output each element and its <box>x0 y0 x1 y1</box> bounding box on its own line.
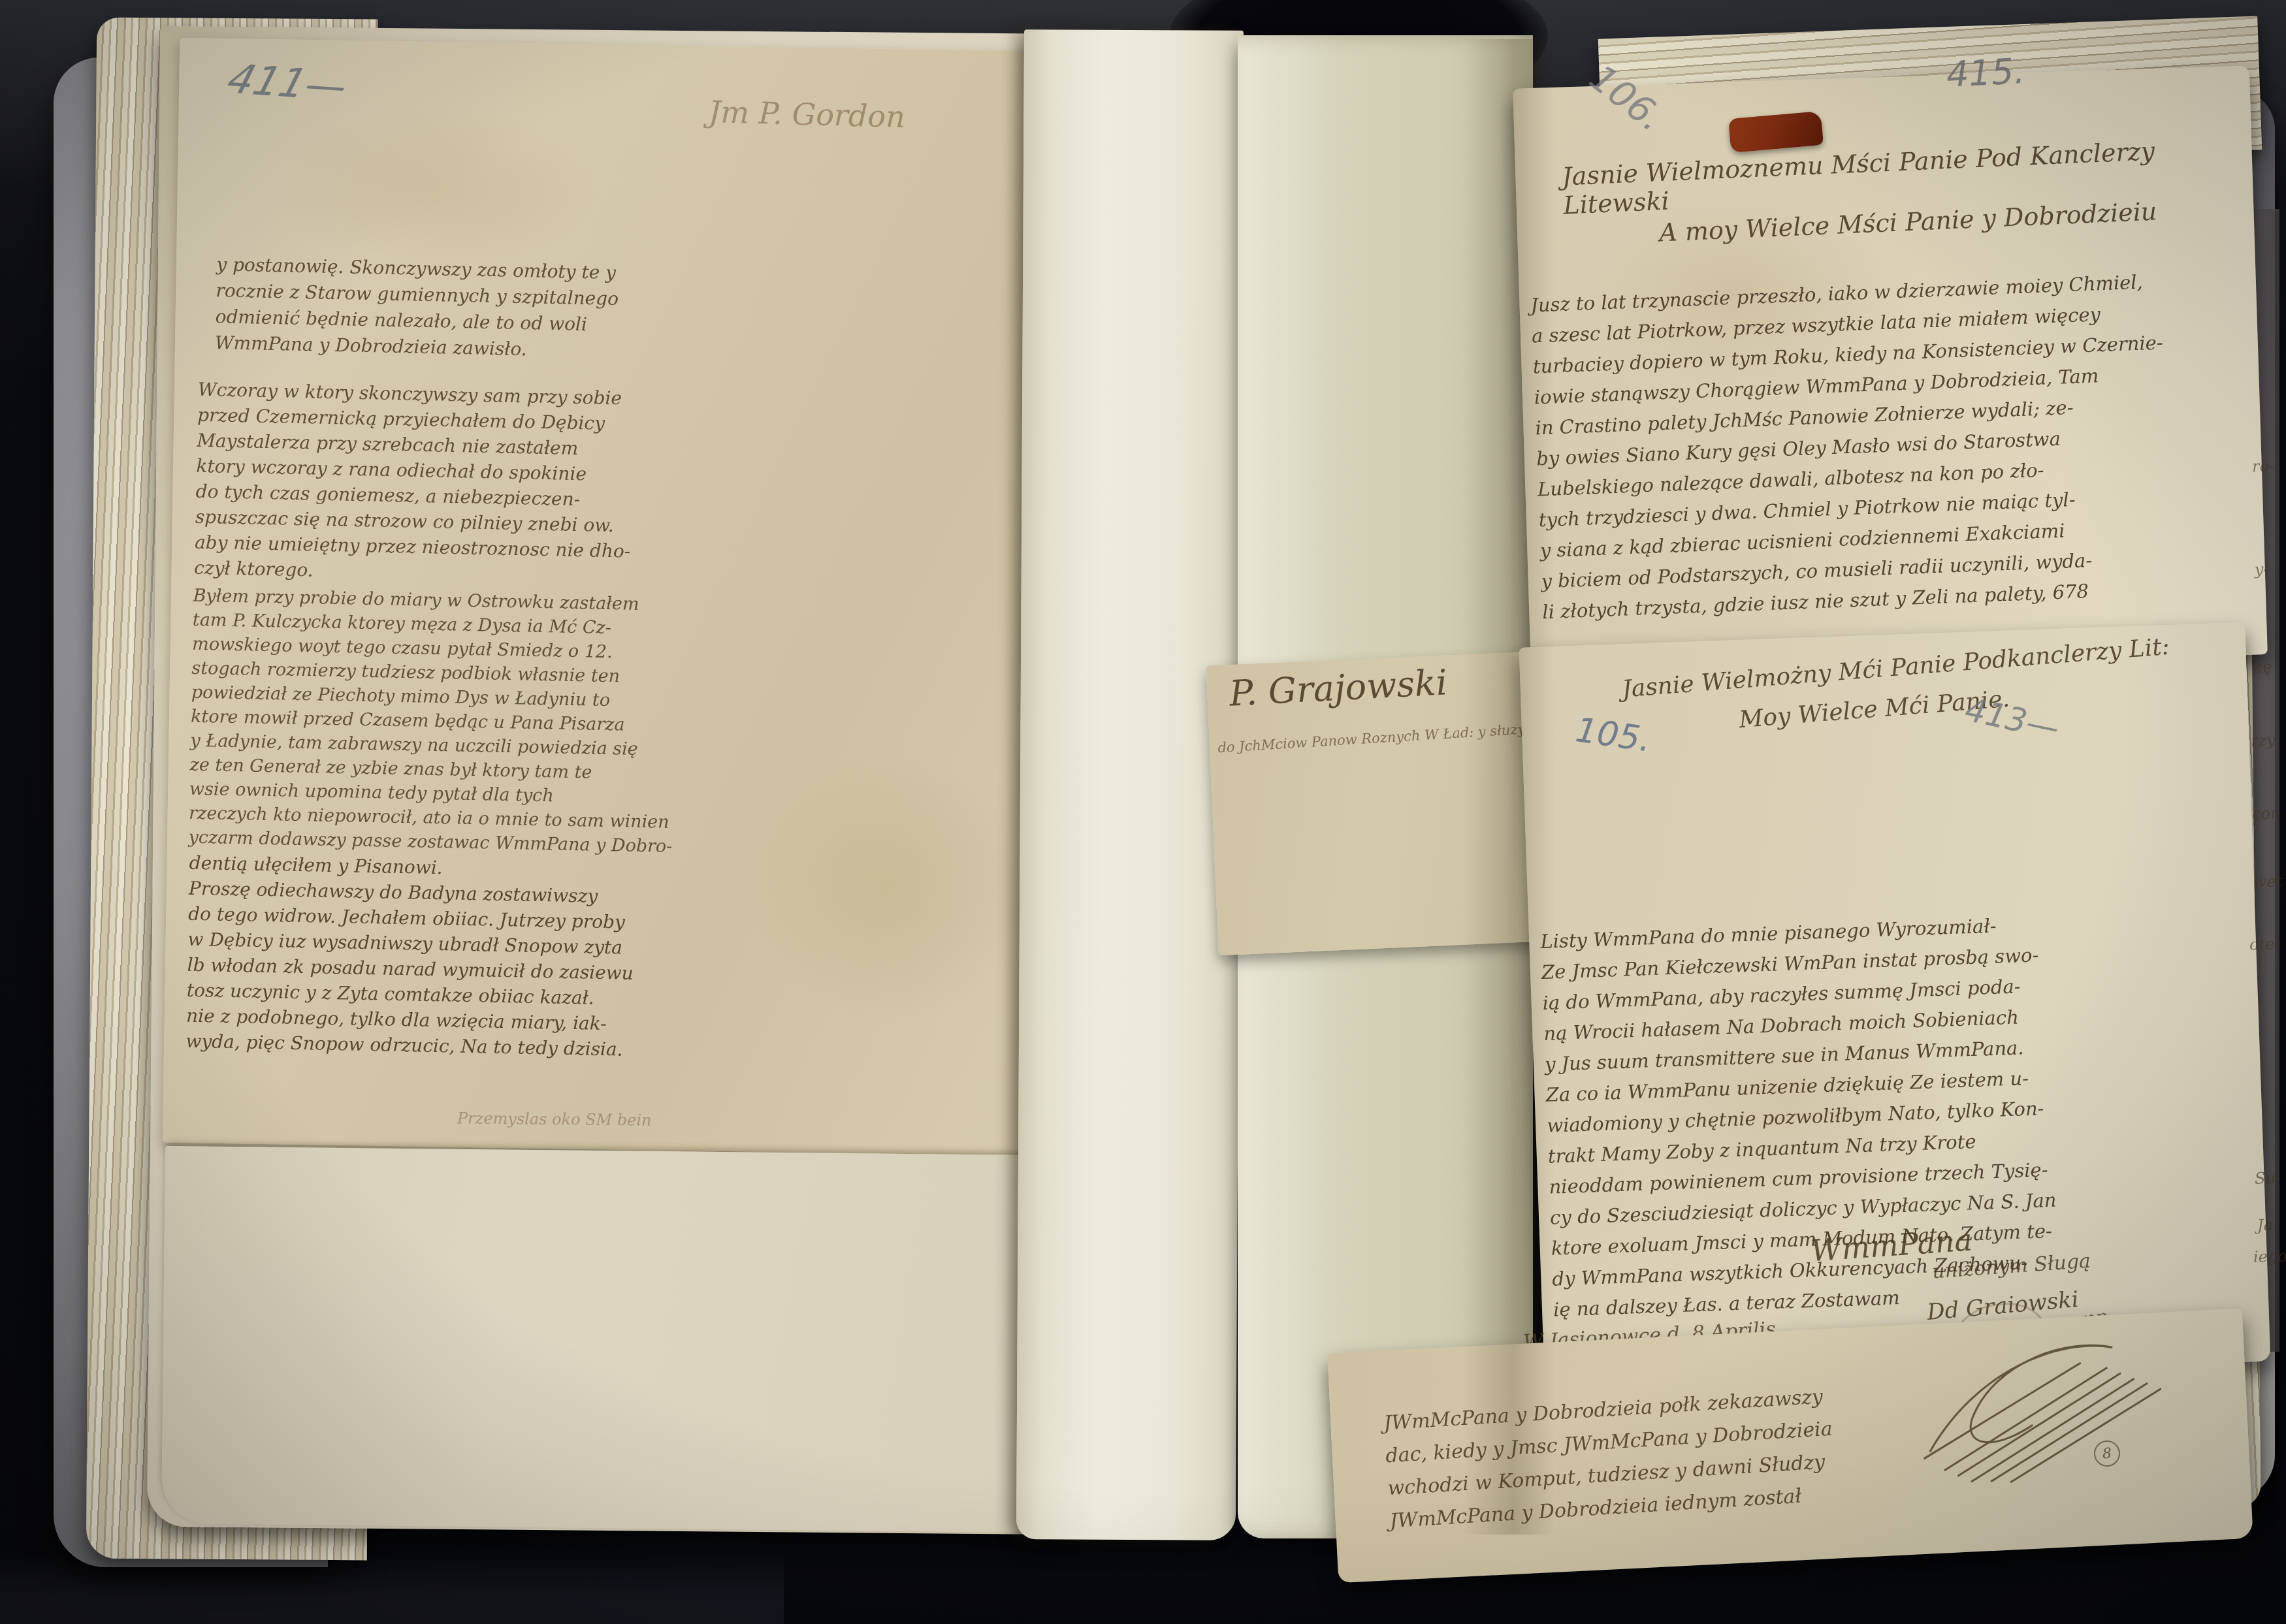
margin-fragment-6: ote- <box>2249 934 2280 954</box>
left-page-lower-blank-sheet <box>161 1146 1034 1533</box>
margin-fragment-8: Ja- <box>2257 1215 2279 1234</box>
grajowski-tab-document <box>1206 651 1560 955</box>
margin-fragment-7: Su- <box>2255 1168 2281 1187</box>
signature-hatch-flourish <box>1895 1302 2214 1506</box>
photo-of-open-manuscript-book: Jm P. Gordon 411— y postanowię. Skonczyw… <box>0 0 2286 1624</box>
margin-fragment-4: con <box>2252 804 2281 823</box>
left-letter-sheet <box>163 38 1040 1156</box>
margin-fragment-1: y- <box>2255 560 2270 579</box>
right-top-letter-sheet <box>1513 66 2268 678</box>
margin-fragment-0: ro- <box>2252 456 2275 475</box>
margin-fragment-5: wet <box>2253 872 2283 891</box>
margin-fragment-9: iegoł <box>2253 1247 2286 1266</box>
margin-fragment-2: kę <box>2253 658 2273 677</box>
right-bottom-letter-sheet <box>1519 622 2271 1386</box>
left-page-white-fold <box>1016 29 1244 1540</box>
margin-fragment-3: rzy <box>2251 731 2276 750</box>
